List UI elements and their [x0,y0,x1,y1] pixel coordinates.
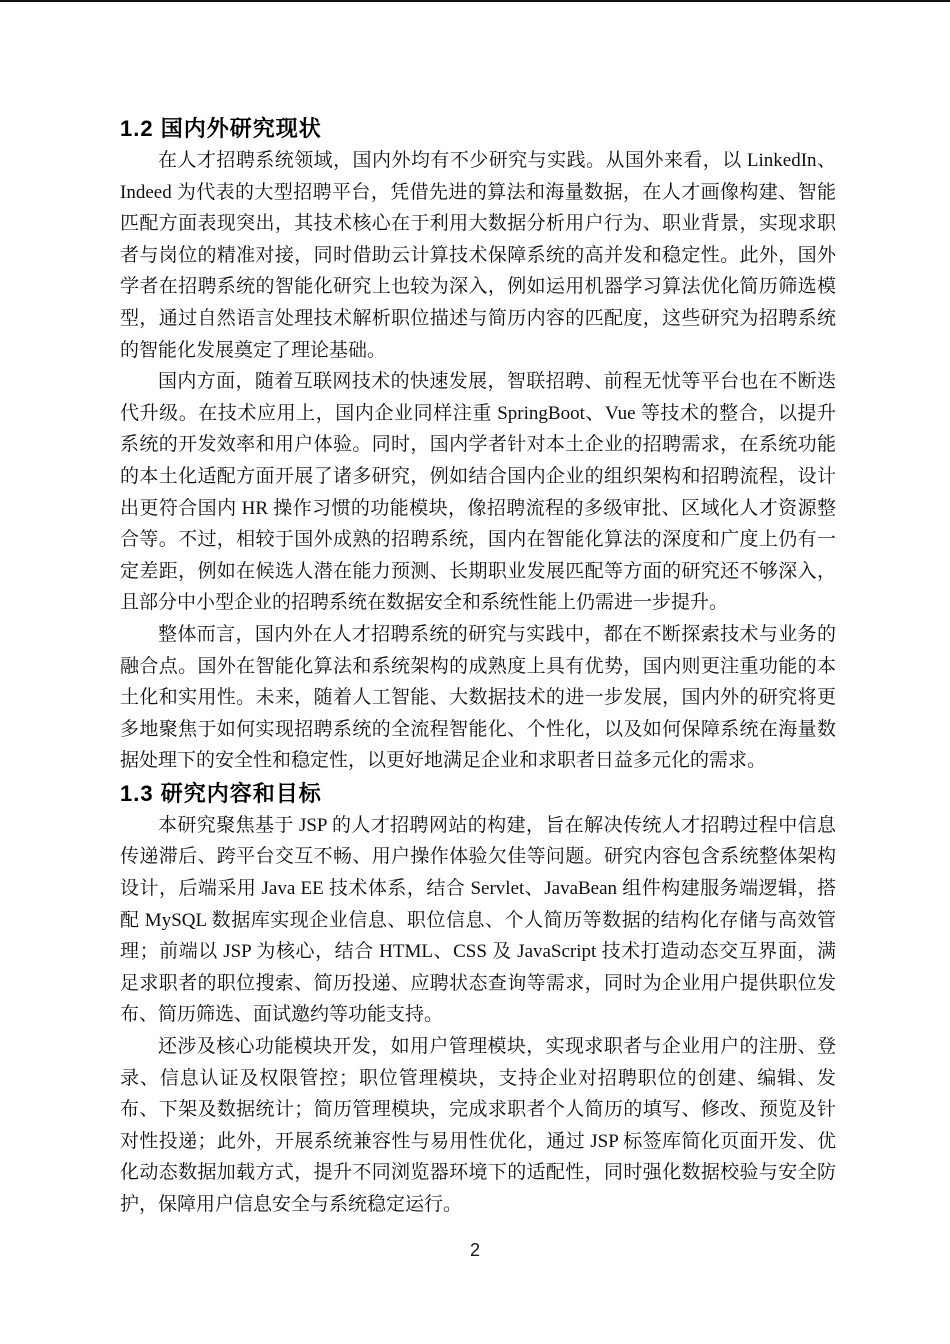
paragraph-research-content: 本研究聚焦基于 JSP 的人才招聘网站的构建，旨在解决传统人才招聘过程中信息传递… [120,810,836,1031]
paragraph-overseas-research: 在人才招聘系统领域，国内外均有不少研究与实践。从国外来看，以 LinkedIn、… [120,145,836,366]
paragraph-overall-summary: 整体而言，国内外在人才招聘系统的研究与实践中，都在不断探索技术与业务的融合点。国… [120,619,836,777]
section-heading-1-2: 1.2 国内外研究现状 [120,112,836,145]
section-1-2: 1.2 国内外研究现状 在人才招聘系统领域，国内外均有不少研究与实践。从国外来看… [120,112,836,777]
page-top-border [0,0,950,2]
section-heading-1-3: 1.3 研究内容和目标 [120,777,836,810]
page-number: 2 [0,1238,950,1262]
paragraph-module-development: 还涉及核心功能模块开发，如用户管理模块，实现求职者与企业用户的注册、登录、信息认… [120,1031,836,1221]
document-page: 1.2 国内外研究现状 在人才招聘系统领域，国内外均有不少研究与实践。从国外来看… [0,0,950,1344]
paragraph-domestic-research: 国内方面，随着互联网技术的快速发展，智联招聘、前程无忧等平台也在不断迭代升级。在… [120,366,836,619]
section-1-3: 1.3 研究内容和目标 本研究聚焦基于 JSP 的人才招聘网站的构建，旨在解决传… [120,777,836,1221]
page-content: 1.2 国内外研究现状 在人才招聘系统领域，国内外均有不少研究与实践。从国外来看… [120,112,836,1221]
